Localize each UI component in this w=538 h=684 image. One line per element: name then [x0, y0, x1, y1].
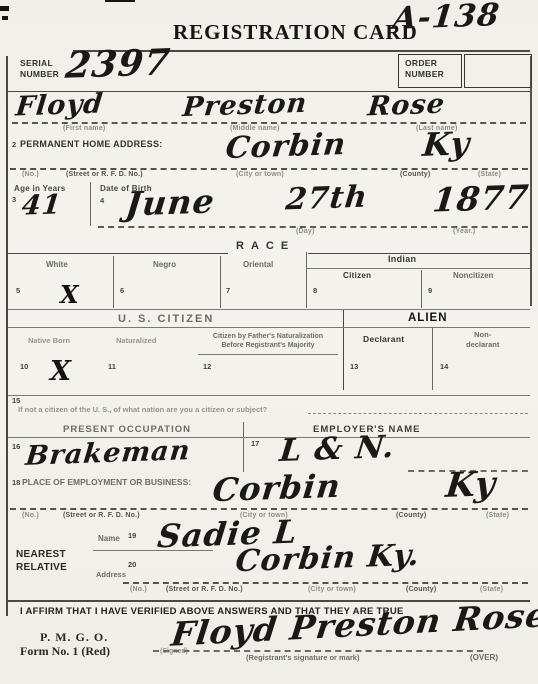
home-address-label: PERMANENT HOME ADDRESS: — [20, 139, 163, 149]
birth-field-number: 4 — [100, 196, 104, 205]
home-state-handwritten: Ky — [421, 127, 472, 161]
nearest-relative-section: NEAREST RELATIVE Name 19 Sadie L Address… — [8, 526, 530, 600]
relative-name-number: 19 — [128, 531, 136, 540]
race-indian-noncitizen-label: Noncitizen — [453, 271, 493, 280]
nondeclarant-number: 14 — [440, 362, 448, 371]
declarant-number: 13 — [350, 362, 358, 371]
race-col-divider — [113, 256, 114, 308]
divider — [8, 253, 228, 254]
relative-state-sublabel: (State) — [480, 586, 503, 593]
serial-order-row: SERIAL NUMBER 2397 ORDER NUMBER — [8, 52, 530, 92]
age-value-handwritten: 41 — [20, 191, 63, 219]
race-white-number: 5 — [16, 286, 20, 295]
home-address-row: 2 PERMANENT HOME ADDRESS: Corbin Ky (No.… — [8, 136, 530, 182]
nation-question-row: 15 If not a citizen of the U. S., of wha… — [8, 396, 530, 422]
declarant-divider — [432, 328, 433, 390]
employment-state-sublabel: (State) — [486, 512, 509, 519]
scan-artifact — [2, 16, 8, 20]
order-number-value-box — [464, 54, 532, 88]
us-citizen-header: U. S. CITIZEN — [118, 313, 214, 325]
scan-artifact — [105, 0, 135, 2]
relative-county-sublabel: (County) — [406, 586, 436, 593]
age-field-number: 3 — [12, 195, 16, 204]
address-street-sublabel: (Street or R. F. D. No.) — [66, 171, 143, 178]
race-col-divider — [220, 256, 221, 308]
relative-writing-line — [123, 582, 528, 584]
card-number-handwritten: A-138 — [391, 0, 501, 35]
citizenship-section: U. S. CITIZEN ALIEN Native Born Naturali… — [8, 310, 530, 396]
alien-header: ALIEN — [408, 312, 448, 324]
relative-address-label: Address — [96, 570, 126, 579]
age-birth-row: Age in Years 3 41 Date of Birth 4 June 2… — [8, 182, 530, 238]
divider — [198, 354, 338, 355]
name-writing-line — [12, 122, 526, 124]
birth-year-handwritten: 1877 — [431, 180, 531, 216]
relative-city-sublabel: (City or town) — [308, 586, 356, 593]
race-oriental-number: 7 — [226, 286, 230, 295]
divider — [8, 327, 530, 328]
employment-county-sublabel: (County) — [396, 512, 426, 519]
occupation-header: PRESENT OCCUPATION — [63, 424, 191, 435]
relative-street-sublabel: (Street or R. F. D. No.) — [166, 586, 243, 593]
nation-question-text: If not a citizen of the U. S., of what n… — [18, 405, 267, 414]
naturalized-number: 11 — [108, 362, 116, 371]
birth-day-handwritten: 27th — [284, 183, 369, 216]
race-header: RACE — [236, 240, 295, 252]
relative-name-label: Name — [98, 534, 120, 543]
nearest-relative-label: NEAREST RELATIVE — [16, 548, 67, 574]
race-col-divider — [421, 270, 422, 308]
employment-writing-line — [10, 508, 528, 510]
nation-question-number: 15 — [12, 396, 20, 405]
birth-month-handwritten: June — [124, 184, 216, 220]
race-white-mark: X — [60, 280, 79, 309]
divider — [306, 268, 530, 269]
declarant-label: Declarant — [363, 334, 404, 344]
employment-place-label: PLACE OF EMPLOYMENT OR BUSINESS: — [22, 477, 191, 487]
registration-card-scan: REGISTRATION CARD A-138 SERIAL NUMBER 23… — [0, 0, 538, 684]
address-no-sublabel: (No.) — [22, 171, 39, 178]
scan-artifact — [0, 6, 9, 11]
father-naturalization-label: Citizen by Father's Naturalization Befor… — [198, 332, 338, 350]
address-writing-line — [10, 168, 528, 170]
form-name-label: Form No. 1 (Red) — [20, 644, 110, 659]
race-indian-header: Indian — [388, 254, 416, 264]
occupation-value-handwritten: Brakeman — [24, 437, 192, 470]
relative-no-sublabel: (No.) — [130, 586, 147, 593]
race-indian-noncitizen-number: 9 — [428, 286, 432, 295]
race-negro-label: Negro — [153, 260, 176, 269]
race-indian-citizen-label: Citizen — [343, 271, 371, 280]
address-county-sublabel: (County) — [400, 171, 430, 178]
employer-value-handwritten: L & N. — [278, 432, 396, 467]
employment-state-handwritten: Ky — [444, 467, 498, 503]
employment-place-number: 18 — [12, 478, 20, 487]
serial-number-value: 2397 — [64, 44, 172, 84]
order-number-label-box: ORDER NUMBER — [398, 54, 462, 88]
serial-number-label: SERIAL NUMBER — [20, 58, 59, 79]
nation-answer-line — [308, 413, 528, 414]
home-address-number: 2 — [12, 140, 16, 149]
address-state-sublabel: (State) — [478, 171, 501, 178]
card-title: REGISTRATION CARD — [173, 20, 418, 45]
employer-number: 17 — [251, 439, 259, 448]
first-name-handwritten: Floyd — [14, 90, 104, 120]
race-indian-citizen-number: 8 — [313, 286, 317, 295]
order-number-label: ORDER NUMBER — [399, 55, 461, 79]
relative-address-handwritten: Corbin Ky. — [234, 541, 421, 577]
race-col-divider — [306, 252, 307, 308]
relative-address-number: 20 — [128, 560, 136, 569]
native-born-label: Native Born — [28, 336, 70, 345]
father-naturalization-number: 12 — [203, 362, 211, 371]
employment-no-sublabel: (No.) — [22, 512, 39, 519]
form-org-label: P. M. G. O. — [40, 630, 108, 645]
birth-year-sublabel: (Year.) — [453, 228, 475, 235]
race-negro-number: 6 — [120, 286, 124, 295]
native-born-mark: X — [50, 356, 71, 387]
occ-emp-divider — [243, 422, 244, 472]
over-label: (OVER) — [470, 653, 498, 662]
naturalized-label: Naturalized — [116, 336, 156, 345]
signature-sublabel: (Registrant's signature or mark) — [246, 653, 359, 662]
citizen-alien-divider — [343, 310, 344, 390]
home-city-handwritten: Corbin — [224, 130, 348, 164]
footer-section: P. M. G. O. Form No. 1 (Red) (Signed) Fl… — [8, 622, 530, 684]
occupation-number: 16 — [12, 442, 20, 451]
employment-city-handwritten: Corbin — [211, 470, 342, 506]
birth-day-sublabel: (Day) — [296, 228, 315, 235]
nondeclarant-label: Non- declarant — [466, 330, 499, 350]
native-born-number: 10 — [20, 362, 28, 371]
race-section: RACE Indian White Negro Oriental Citizen… — [8, 238, 530, 310]
address-city-sublabel: (City or town) — [236, 171, 284, 178]
first-name-sublabel: (First name) — [63, 125, 105, 132]
last-name-handwritten: Rose — [366, 91, 446, 121]
race-oriental-label: Oriental — [243, 260, 273, 269]
race-white-label: White — [46, 260, 68, 269]
divider — [308, 253, 530, 254]
middle-name-handwritten: Preston — [181, 90, 308, 121]
employment-street-sublabel: (Street or R. F. D. No.) — [63, 512, 140, 519]
cell-divider — [90, 182, 91, 226]
